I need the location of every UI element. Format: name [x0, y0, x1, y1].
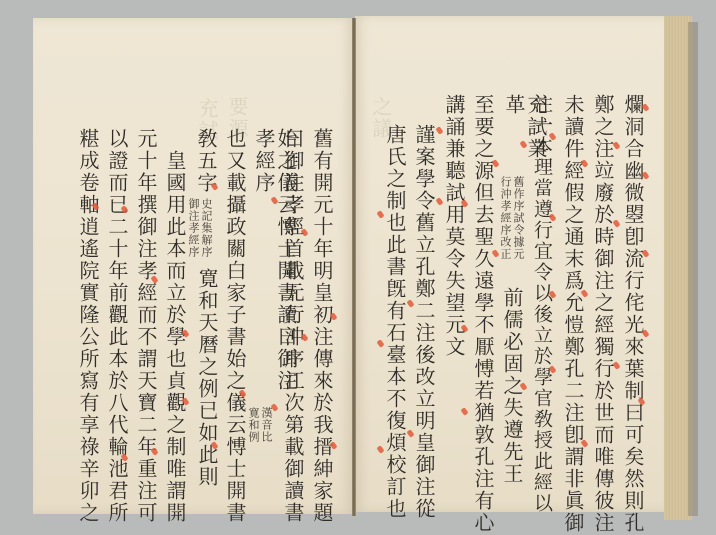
right-col-1: 爛洞合幽微曌卽流行侘光來葉制曰可矣然則孔	[622, 94, 644, 534]
left-col-5b: 寛和天曆之例已如此則	[196, 268, 218, 488]
left-col-7: 元十年撰御注孝經而不謂天寶二年重注可	[135, 128, 157, 524]
right-col-5-note-b: 行沖孝經序改正	[499, 176, 511, 260]
book-cover-edge	[688, 22, 698, 516]
right-col-5-note-a: 舊作序試令據元	[512, 176, 524, 260]
left-col-5-note-b: 御注孝經序	[187, 198, 199, 258]
left-col-8: 以證而已二十年前觀此本於八代輪池君所	[106, 128, 128, 524]
left-col-3-note-a: 漢音比	[260, 407, 272, 443]
right-col-7: 至要之源但去聖久遠學不厭愽若猶敦孔注有心	[472, 94, 494, 534]
right-col-9: 謹案學令舊立孔鄭二注後改立明皇御注從	[413, 124, 435, 520]
left-col-1: 舊有開元十年明皇初注傳來於我搢紳家題	[311, 128, 333, 524]
left-col-9: 糂成卷軸逍遙院實隆公所寫有享祿辛卯之	[77, 128, 99, 524]
right-col-10: 唐氏之制也此書旣有石臺本不復煩校訂也	[384, 124, 406, 520]
left-col-6: 皇國用此本而立於學也貞觀之制唯謂開	[164, 150, 186, 524]
book-gutter	[352, 18, 356, 516]
right-col-3: 未讀件經假之通末爲允愷鄭孔二注卽謂非眞御	[562, 94, 584, 534]
right-col-5a: 充試業革舊作序試令據元行沖孝經序改正充試業革	[503, 94, 547, 164]
left-col-3: 始之儀云愽士開書讀曰御注孝經序	[253, 128, 297, 398]
right-col-2: 鄭之注竝廢於時御注之經獨行於世而唯傳彼注	[592, 94, 614, 534]
left-col-5-note-a: 史記集解序	[200, 198, 212, 258]
left-col-4: 也又載攝政關白家子書始之儀云愽士開書	[224, 128, 246, 524]
left-col-3-note-b: 寛和例	[247, 407, 259, 443]
open-book: 充試 要源 之議 爛洞合幽微曌卽流行侘光來葉制曰可矣然則孔 鄭之注竝廢於時御注之…	[0, 0, 716, 535]
right-col-8: 講誦兼聽試用莫令失望元文	[443, 94, 465, 358]
